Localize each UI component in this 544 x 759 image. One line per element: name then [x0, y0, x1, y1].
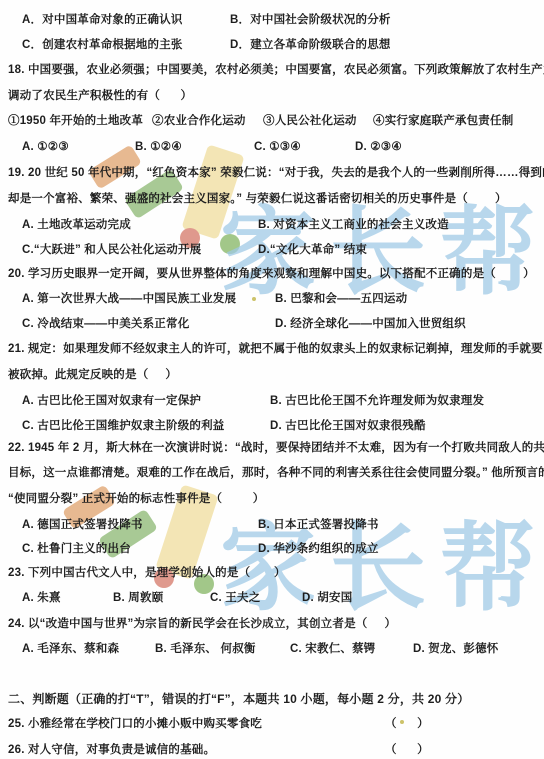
- q20-option-b: B. 巴黎和会——五四运动: [275, 292, 407, 306]
- q18-option-c: C. ①③④: [254, 140, 301, 154]
- q18-stem-line1: 18. 中国要强，农业必须强；中国要美，农村必须美；中国要富，农民必须富。下列政…: [8, 63, 544, 77]
- q21-option-b: B. 古巴比伦王国不允许理发师为奴隶理发: [270, 394, 484, 408]
- q18-stem-line2: 调动了农民生产积极性的有（ ）: [8, 89, 192, 103]
- section2-title: 二、判断题: [8, 692, 69, 706]
- q19-option-a: A. 土地改革运动完成: [22, 218, 131, 232]
- q24-option-a: A. 毛泽东、蔡和森: [22, 642, 119, 656]
- q21-stem-line1: 21. 规定：如果理发师不经奴隶主人的许可，就把不属于他的奴隶头上的奴隶标记剃掉…: [8, 342, 543, 356]
- q23-option-b: B. 周敦颐: [113, 591, 163, 605]
- q22-option-a: A. 德国正式签署投降书: [22, 518, 143, 532]
- q22-option-d: D. 华沙条约组织的成立: [258, 542, 379, 556]
- prev-question-option-a: A．对中国革命对象的正确认识: [22, 13, 183, 27]
- q23-option-d: D. 胡安国: [302, 591, 352, 605]
- section2-header: 二、判断题（正确的打“T”，错误的打“F”，本题共 10 小题，每小题 2 分，…: [8, 692, 469, 706]
- q24-option-c: C. 宋教仁、蔡锷: [290, 642, 376, 656]
- q20-option-a: A. 第一次世界大战——中国民族工业发展: [22, 292, 236, 306]
- q19-stem-line2: 却是一个富裕、繁荣、强盛的社会主义国家。” 与荣毅仁说这番话密切相关的历史事件是…: [8, 192, 507, 206]
- q25-stem: 25. 小雅经常在学校门口的小摊小贩中购买零食吃: [8, 717, 262, 731]
- q23-option-a: A. 朱熹: [22, 591, 61, 605]
- q23-stem: 23. 下列中国古代文人中，是理学创始人的是（ ）: [8, 566, 286, 580]
- q22-stem-line3: “使同盟分裂” 正式开始的标志性事件是（ ）: [8, 492, 264, 506]
- q21-option-a: A. 古巴比伦王国对奴隶有一定保护: [22, 394, 201, 408]
- q20-option-c: C. 冷战结束——中美关系正常化: [22, 317, 189, 331]
- q24-option-b: B. 毛泽东、 何叔衡: [155, 642, 256, 656]
- q26-stem: 26. 对人守信，对事负责是诚信的基础。: [8, 743, 215, 757]
- q19-option-c: C.“大跃进” 和人民公社化运动开展: [22, 243, 201, 257]
- q20-stem: 20. 学习历史眼界一定开阔，要从世界整体的角度来观察和理解中国史。以下搭配不正…: [8, 267, 535, 281]
- q22-stem-line2: 目标，这一点谁都清楚。艰难的工作在战后，那时，各种不同的利害关系往往会使同盟分裂…: [8, 466, 544, 480]
- q18-item-4: ④实行家庭联产承包责任制: [373, 114, 513, 128]
- q19-stem-line1: 19. 20 世纪 50 年代中期，“红色资本家” 荣毅仁说：“对于我，失去的是…: [8, 166, 544, 180]
- q24-stem: 24. 以“改造中国与世界”为宗旨的新民学会在长沙成立，其创立者是（ ）: [8, 617, 396, 631]
- q19-option-b: B. 对资本主义工商业的社会主义改造: [258, 218, 449, 232]
- q18-item-3: ③人民公社化运动: [263, 114, 357, 128]
- q18-option-d: D. ②③④: [355, 140, 402, 154]
- q24-option-d: D. 贺龙、彭德怀: [413, 642, 499, 656]
- q18-option-a: A. ①②③: [22, 140, 69, 154]
- scan-artifact-dot: [252, 297, 256, 301]
- q22-option-c: C. 杜鲁门主义的出台: [22, 542, 131, 556]
- q19-option-d: D.“文化大革命” 结束: [258, 243, 367, 257]
- q25-answer-blank: （ ）: [385, 717, 429, 731]
- watermark-text-2: 家长帮: [220, 492, 544, 629]
- prev-question-option-b: B．对中国社会阶级状况的分析: [230, 13, 391, 27]
- section2-instructions: （正确的打“T”，错误的打“F”，本题共 10 小题，每小题 2 分，共 20 …: [69, 692, 469, 706]
- q20-option-d: D. 经济全球化——中国加入世贸组织: [275, 317, 466, 331]
- q23-option-c: C. 王夫之: [210, 591, 260, 605]
- q26-answer-blank: （ ）: [385, 743, 429, 757]
- q21-stem-line2: 被砍掉。此规定反映的是（ ）: [8, 368, 177, 382]
- q18-option-b: B. ①②④: [135, 140, 182, 154]
- prev-question-option-c: C．创建农村革命根据地的主张: [22, 38, 183, 52]
- exam-paper-page: 家长帮 家长帮 A．对中国革命对象的正确认识 B．对中国社会阶级状况的分析 C．…: [0, 0, 544, 759]
- q21-option-d: D. 古巴比伦王国对奴隶很残酷: [270, 419, 426, 433]
- q21-option-c: C. 古巴比伦王国维护奴隶主阶级的利益: [22, 419, 225, 433]
- q22-stem-line1: 22. 1945 年 2 月，斯大林在一次演讲时说：“战时，要保持团结并不太难，…: [8, 441, 544, 455]
- q18-item-2: ②农业合作化运动: [152, 114, 246, 128]
- q22-option-b: B. 日本正式签署投降书: [258, 518, 379, 532]
- prev-question-option-d: D．建立各革命阶级联合的思想: [230, 38, 391, 52]
- q18-item-1: ①1950 年开始的土地改革: [8, 114, 143, 128]
